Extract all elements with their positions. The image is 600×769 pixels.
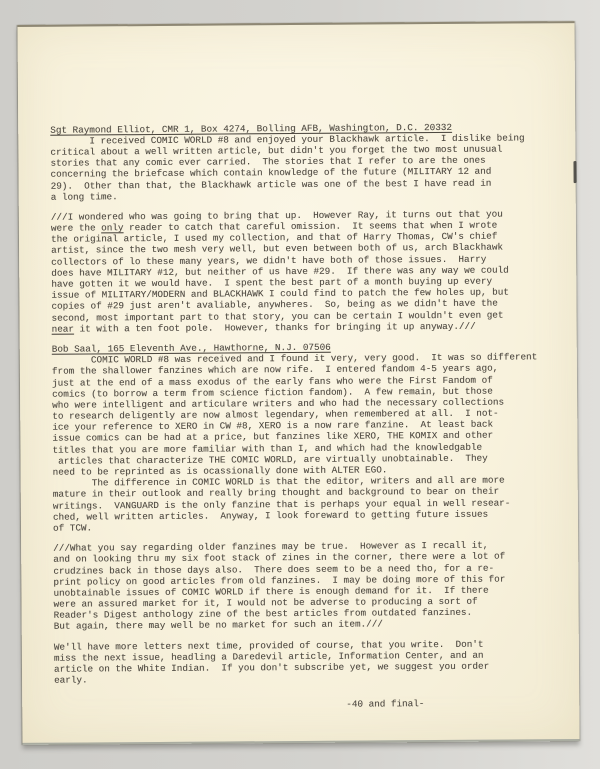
underlined-text: only bbox=[101, 222, 123, 233]
scan-background: Sgt Raymond Elliot, CMR 1, Box 4274, Bol… bbox=[0, 0, 600, 769]
typed-text: Sgt Raymond Elliot, CMR 1, Box 4274, Bol… bbox=[50, 87, 540, 734]
page-footer-line: -40 and final- bbox=[346, 698, 539, 711]
plain-text: were the bbox=[51, 222, 101, 233]
underlined-text: near bbox=[52, 323, 74, 334]
paper-page: Sgt Raymond Elliot, CMR 1, Box 4274, Bol… bbox=[17, 21, 579, 745]
page-edge-ink-mark bbox=[573, 161, 576, 183]
